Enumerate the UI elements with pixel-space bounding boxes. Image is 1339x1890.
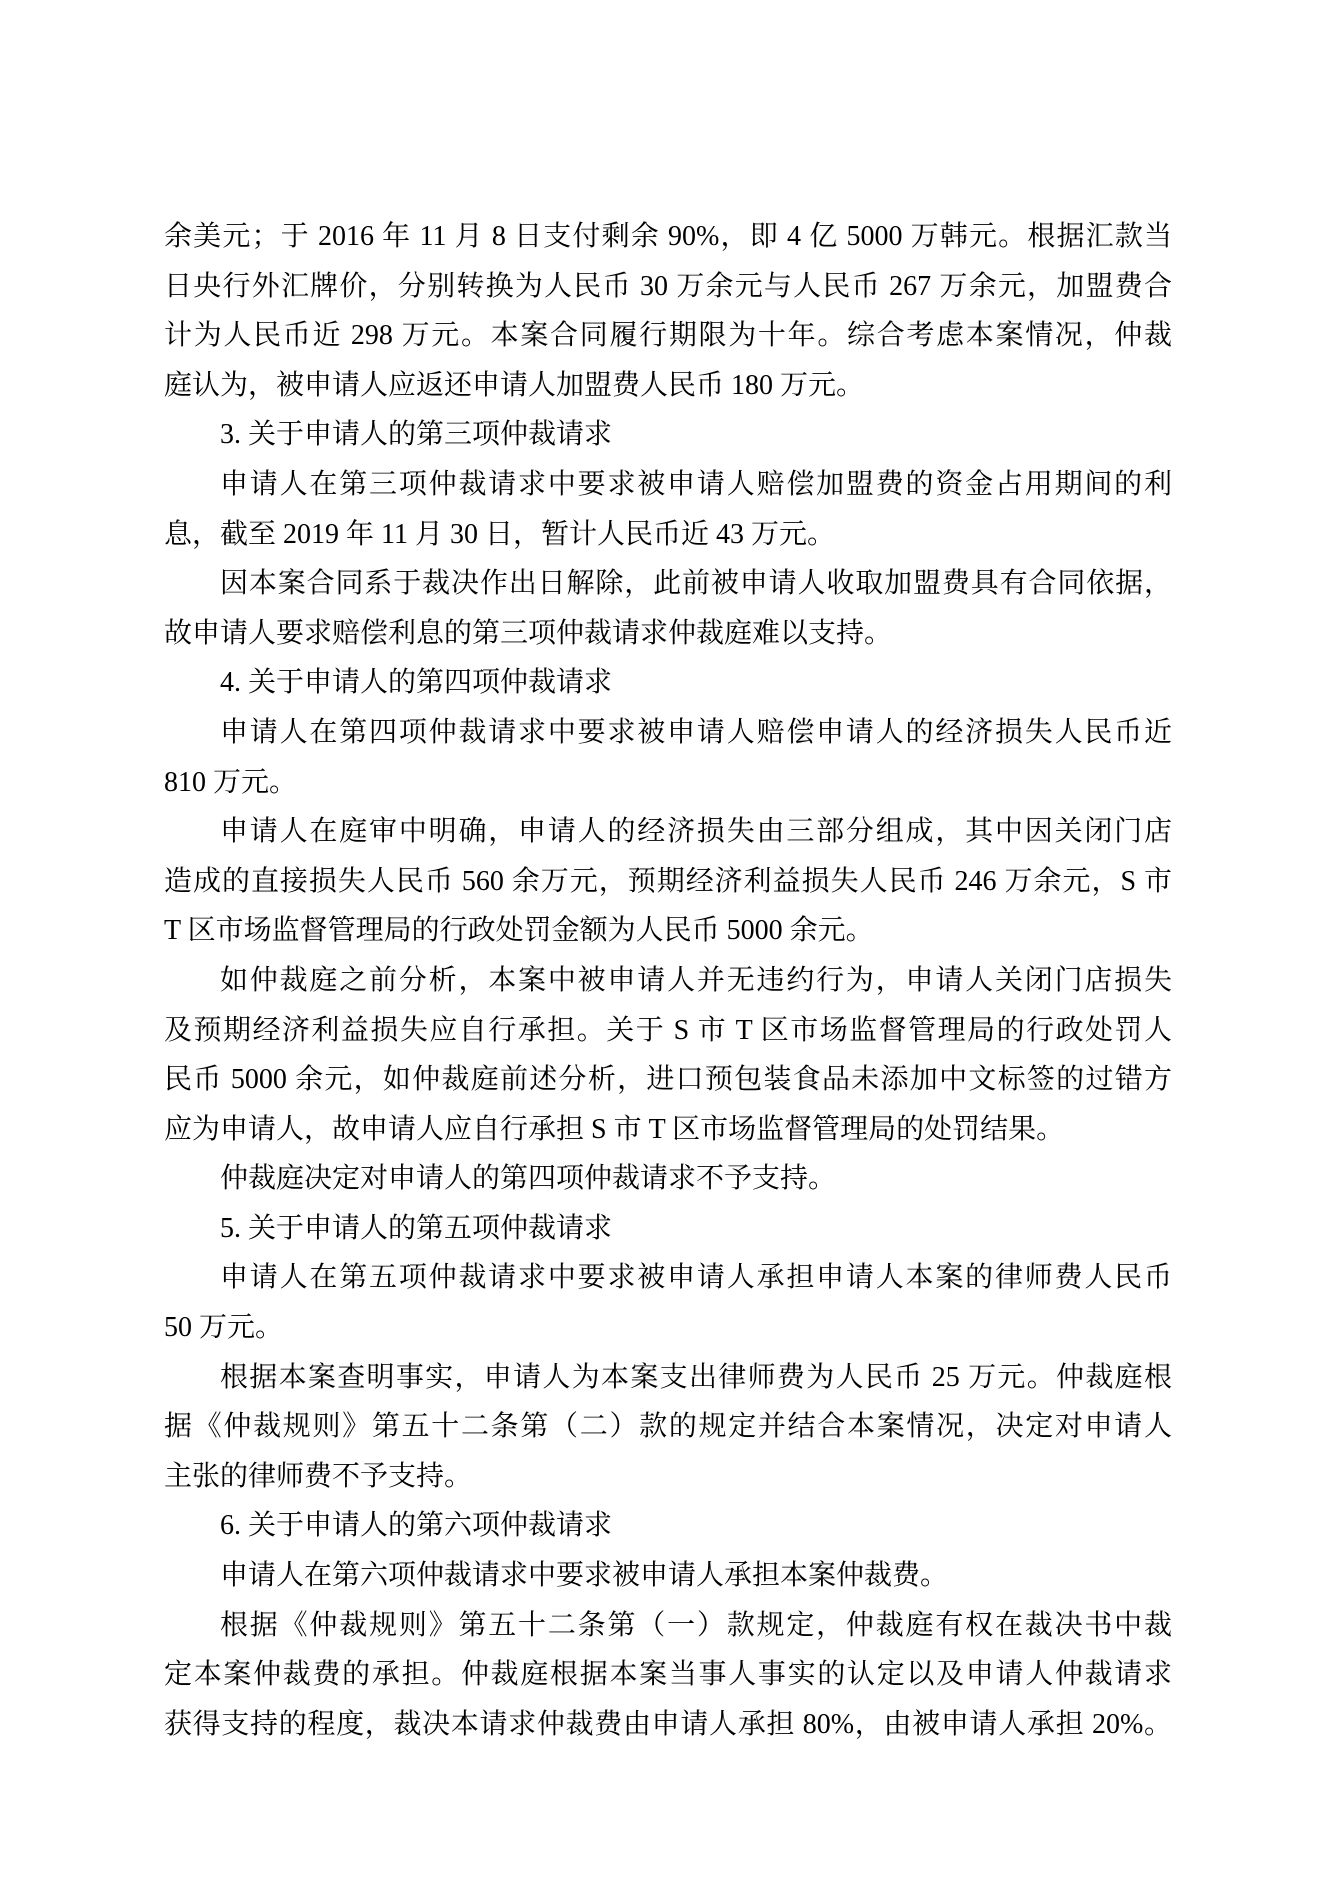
text-line: 庭认为，被申请人应返还申请人加盟费人民币 180 万元。	[164, 361, 1172, 411]
text-line: 810 万元。	[164, 758, 1172, 808]
text-line: 如仲裁庭之前分析，本案中被申请人并无违约行为，申请人关闭门店损失	[164, 956, 1172, 1006]
document-page: 余美元；于 2016 年 11 月 8 日支付剩余 90%，即 4 亿 5000…	[0, 0, 1339, 1890]
text-line: 3. 关于申请人的第三项仲裁请求	[164, 410, 1172, 460]
text-line: 申请人在第四项仲裁请求中要求被申请人赔偿申请人的经济损失人民币近	[164, 708, 1172, 758]
text-line: 根据本案查明事实，申请人为本案支出律师费为人民币 25 万元。仲裁庭根	[164, 1353, 1172, 1403]
text-line: 息，截至 2019 年 11 月 30 日，暂计人民币近 43 万元。	[164, 510, 1172, 560]
text-line: 应为申请人，故申请人应自行承担 S 市 T 区市场监督管理局的处罚结果。	[164, 1105, 1172, 1155]
text-line: 日央行外汇牌价，分别转换为人民币 30 万余元与人民币 267 万余元，加盟费合	[164, 262, 1172, 312]
text-line: 造成的直接损失人民币 560 余万元，预期经济利益损失人民币 246 万余元，S…	[164, 857, 1172, 907]
text-line: 50 万元。	[164, 1303, 1172, 1353]
text-line: 因本案合同系于裁决作出日解除，此前被申请人收取加盟费具有合同依据，	[164, 559, 1172, 609]
text-line: 获得支持的程度，裁决本请求仲裁费由申请人承担 80%，由被申请人承担 20%。	[164, 1700, 1172, 1750]
text-line: 仲裁庭决定对申请人的第四项仲裁请求不予支持。	[164, 1154, 1172, 1204]
text-block: 余美元；于 2016 年 11 月 8 日支付剩余 90%，即 4 亿 5000…	[164, 212, 1172, 1749]
text-line: 主张的律师费不予支持。	[164, 1452, 1172, 1502]
text-line: T 区市场监督管理局的行政处罚金额为人民币 5000 余元。	[164, 906, 1172, 956]
text-line: 根据《仲裁规则》第五十二条第（一）款规定，仲裁庭有权在裁决书中裁	[164, 1601, 1172, 1651]
text-line: 据《仲裁规则》第五十二条第（二）款的规定并结合本案情况，决定对申请人	[164, 1402, 1172, 1452]
text-line: 申请人在第六项仲裁请求中要求被申请人承担本案仲裁费。	[164, 1551, 1172, 1601]
text-line: 余美元；于 2016 年 11 月 8 日支付剩余 90%，即 4 亿 5000…	[164, 212, 1172, 262]
text-line: 申请人在第五项仲裁请求中要求被申请人承担申请人本案的律师费人民币	[164, 1253, 1172, 1303]
text-line: 定本案仲裁费的承担。仲裁庭根据本案当事人事实的认定以及申请人仲裁请求	[164, 1650, 1172, 1700]
text-line: 民币 5000 余元，如仲裁庭前述分析，进口预包装食品未添加中文标签的过错方	[164, 1055, 1172, 1105]
text-line: 计为人民币近 298 万元。本案合同履行期限为十年。综合考虑本案情况，仲裁	[164, 311, 1172, 361]
text-line: 5. 关于申请人的第五项仲裁请求	[164, 1204, 1172, 1254]
text-line: 故申请人要求赔偿利息的第三项仲裁请求仲裁庭难以支持。	[164, 609, 1172, 659]
text-line: 申请人在第三项仲裁请求中要求被申请人赔偿加盟费的资金占用期间的利	[164, 460, 1172, 510]
text-line: 4. 关于申请人的第四项仲裁请求	[164, 658, 1172, 708]
text-line: 及预期经济利益损失应自行承担。关于 S 市 T 区市场监督管理局的行政处罚人	[164, 1006, 1172, 1056]
text-line: 申请人在庭审中明确，申请人的经济损失由三部分组成，其中因关闭门店	[164, 807, 1172, 857]
text-line: 6. 关于申请人的第六项仲裁请求	[164, 1501, 1172, 1551]
